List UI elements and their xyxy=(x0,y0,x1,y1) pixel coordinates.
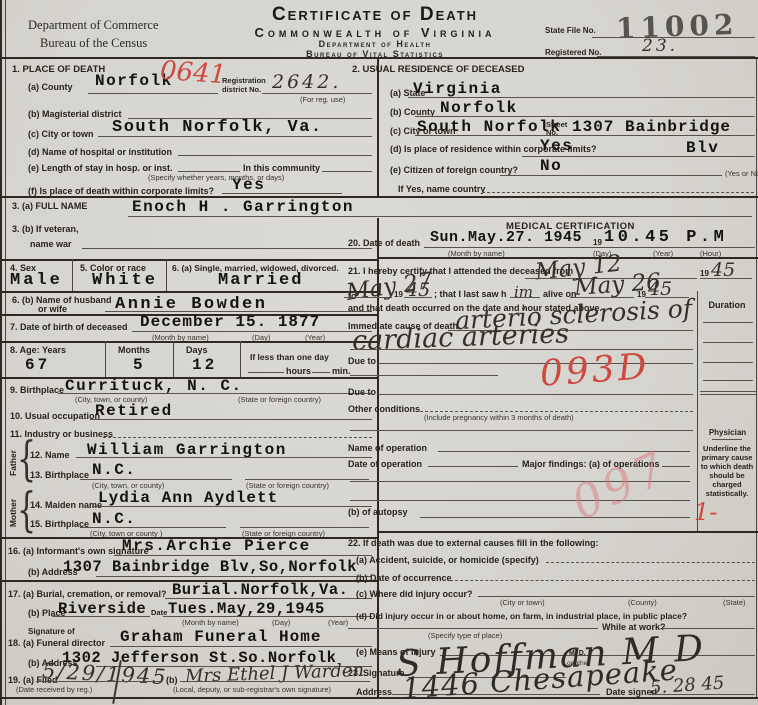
bureau-of-vital-statistics: Bureau of Vital Statistics xyxy=(180,49,570,59)
death-date-line xyxy=(424,247,755,248)
mother-name-value: Lydia Ann Aydlett xyxy=(98,489,278,507)
burial-date-line xyxy=(163,616,372,617)
sex-race-divider xyxy=(72,259,73,291)
external-c-label: (c) Where did injury occur? xyxy=(356,589,473,599)
burial-place-line xyxy=(52,616,150,617)
duration-line-3 xyxy=(703,362,753,363)
burial-note-month: (Month by name) xyxy=(182,618,239,627)
death-year-prefix: 19 xyxy=(593,238,602,247)
to-year-line xyxy=(404,297,432,298)
citizen-value: No xyxy=(540,157,562,175)
industry-line xyxy=(103,437,372,438)
registrar-note: (Local, deputy, or sub-registrar's own s… xyxy=(173,685,331,694)
duration-double-line-1 xyxy=(700,391,756,392)
country-line xyxy=(482,192,754,193)
birthplace-line xyxy=(58,393,372,394)
country-label: If Yes, name country xyxy=(398,184,485,194)
sex-row-bottom-rule xyxy=(0,291,377,293)
age-divider-1 xyxy=(105,341,106,377)
external-title: 22. If death was due to external causes … xyxy=(348,538,599,548)
residence-county-line xyxy=(415,116,755,117)
duration-line-4 xyxy=(703,380,753,381)
birthplace-note-2: (State or foreign country) xyxy=(238,395,321,404)
county-code-red: 0641 xyxy=(159,56,227,91)
residence-city-line xyxy=(415,135,755,136)
cause-hand-2: cardiac arteries xyxy=(352,318,570,357)
residence-corporate-value: Yes xyxy=(540,137,573,155)
stay-label: (e) Length of stay in hosp. or inst. xyxy=(28,163,173,173)
hospital-line xyxy=(178,155,372,156)
attest-addr-label: Address xyxy=(356,687,392,697)
veteran-line xyxy=(82,248,372,249)
agency-line-1: Department of Commerce xyxy=(28,18,159,33)
informant-addr-line xyxy=(96,576,372,577)
age-months-value: 5 xyxy=(133,356,144,374)
registered-no-label: Registered No. xyxy=(545,48,601,57)
primary-cause-mark: 1- xyxy=(694,498,717,526)
street-value-2: Blv xyxy=(686,139,719,157)
from-year-line xyxy=(700,278,752,279)
race-marital-divider xyxy=(166,259,167,291)
external-d-line xyxy=(348,628,598,629)
regdist-line xyxy=(262,93,372,94)
mother-bp-line-2 xyxy=(240,527,369,528)
mother-name-label: 14. Maiden name xyxy=(30,500,102,510)
filed-b-label: (b) xyxy=(166,675,178,685)
spouse-line xyxy=(105,311,372,312)
full-name-line xyxy=(128,216,752,217)
stay-line-1 xyxy=(178,171,240,172)
hospital-label: (d) Name of hospital or institution xyxy=(28,147,172,157)
father-bp-value: N.C. xyxy=(92,461,136,479)
other-conditions-line xyxy=(420,411,693,412)
external-d-label: (d) Did injury occur in or about home, o… xyxy=(356,611,687,621)
sex-value: Male xyxy=(10,271,63,290)
citizen-note: (Yes or No) xyxy=(725,169,758,178)
veteran-bottom-rule xyxy=(0,259,377,261)
registered-no-value: 23. xyxy=(642,36,678,56)
duration-double-line-2 xyxy=(700,394,756,395)
age-days-value: 12 xyxy=(192,356,217,374)
father-name-line xyxy=(76,457,372,458)
death-date-label: 20. Date of death xyxy=(348,238,420,248)
him-hand: im xyxy=(514,283,533,301)
duration-line-2 xyxy=(703,342,753,343)
place-of-death-title: 1. PLACE OF DEATH xyxy=(12,64,105,75)
citizen-label: (e) Citizen of foreign country? xyxy=(390,165,518,175)
occupation-label: 10. Usual occupation xyxy=(10,411,100,421)
left-border-outer xyxy=(0,0,2,705)
full-name-label: 3. (a) FULL NAME xyxy=(12,201,87,211)
him-line xyxy=(510,297,540,298)
certificate-title: Certificate of Death xyxy=(180,4,570,26)
funeral-label-2: 18. (a) Funeral director xyxy=(8,638,105,648)
last-saw-label: ; that I last saw h xyxy=(434,289,507,299)
icd-code-red: 093D xyxy=(539,346,651,395)
from-year-prefix: 19 xyxy=(700,269,709,278)
other-conditions-note: (Include pregnancy within 3 months of de… xyxy=(424,413,574,422)
age-min-line xyxy=(312,372,330,373)
informant-value: Mrs.Archie Pierce xyxy=(122,537,311,555)
age-label: 8. Age: xyxy=(10,345,40,355)
age-min-label: min. xyxy=(332,366,351,376)
operation-label: Name of operation xyxy=(348,443,427,453)
veteran-label-2: name war xyxy=(30,239,72,249)
mother-bp-value: N.C. xyxy=(92,510,136,528)
birthplace-label: 9. Birthplace xyxy=(10,385,64,395)
place-city-line xyxy=(98,136,372,137)
stay-line-2 xyxy=(322,171,372,172)
external-b-label: (b) Date of occurrence xyxy=(356,573,452,583)
burial-value: Burial.Norfolk,Va. xyxy=(172,581,348,599)
operation-date-line xyxy=(428,466,518,467)
occupation-value: Retired xyxy=(95,402,173,420)
other-blank-line xyxy=(350,430,693,431)
mother-brace: { xyxy=(17,484,36,538)
street-value: 1307 Bainbridge xyxy=(572,118,731,136)
due-blank-line xyxy=(350,375,498,376)
duration-line-1 xyxy=(703,322,753,323)
burial-note-day: (Day) xyxy=(272,618,290,627)
attended-to-line xyxy=(344,297,392,298)
autopsy-line xyxy=(420,517,690,518)
full-name-value: Enoch H . Garrington xyxy=(132,198,354,216)
residence-title: 2. USUAL RESIDENCE OF DECEASED xyxy=(352,64,524,75)
other-conditions-label: Other conditions xyxy=(348,404,420,414)
marital-value: Married xyxy=(218,271,303,290)
duration-label: Duration xyxy=(699,300,755,310)
magisterial-label: (b) Magisterial district xyxy=(28,109,122,119)
informant-line xyxy=(114,555,372,556)
external-a-line xyxy=(546,562,755,563)
regdist-label-1: Registration xyxy=(222,76,266,85)
operation-date-label: Date of operation xyxy=(348,459,422,469)
age-years-label: Years xyxy=(42,345,66,355)
veteran-label-1: 3. (b) If veteran, xyxy=(12,224,79,234)
citizen-line xyxy=(500,175,722,176)
registered-no-line xyxy=(597,56,755,57)
external-c-line xyxy=(478,596,755,597)
age-divider-3 xyxy=(240,341,241,377)
certificate-page: Department of Commerce Bureau of the Cen… xyxy=(0,0,758,705)
regdist-value: 2642. xyxy=(272,71,341,93)
place-corporate-value: Yes xyxy=(232,176,265,194)
father-name-label: 12. Name xyxy=(30,450,70,460)
regdist-label-2: district No. xyxy=(222,85,261,94)
place-city-label: (c) City or town xyxy=(28,129,94,139)
physician-label: Physician xyxy=(700,428,755,437)
place-corporate-label: (f) Is place of death within corporate l… xyxy=(28,186,214,196)
dob-bottom-rule xyxy=(0,341,377,343)
left-border-inner xyxy=(5,0,6,705)
occupation-line xyxy=(90,419,372,420)
dob-label: 7. Date of birth of deceased xyxy=(10,322,128,332)
physician-note: Underline the primary cause to which dea… xyxy=(698,444,756,498)
agency-line-2: Bureau of the Census xyxy=(40,36,147,51)
column-divider-top xyxy=(377,57,379,196)
filed-note: (Date received by reg.) xyxy=(16,685,92,694)
due-to-label-2: Due to xyxy=(348,387,376,397)
commonwealth-subtitle: Commonwealth of Virginia xyxy=(180,25,570,40)
external-a-label: (a) Accident, suicide, or homicide (spec… xyxy=(356,555,539,565)
burial-line xyxy=(165,598,372,599)
state-file-label: State File No. xyxy=(545,26,596,35)
father-bp-line-2 xyxy=(245,479,369,480)
place-county-label: (a) County xyxy=(28,82,73,92)
residence-city-value: South Norfolk xyxy=(417,118,561,136)
mother-bp-line-1 xyxy=(80,527,226,528)
physician-underline xyxy=(712,439,742,440)
registrar-line xyxy=(180,681,370,682)
death-date-value: Sun.May.27. 1945 xyxy=(430,229,582,246)
funeral-line xyxy=(110,646,372,647)
dob-line xyxy=(132,331,372,332)
regdist-note: (For reg. use) xyxy=(300,95,345,104)
funeral-label-1: Signature of xyxy=(28,627,75,636)
burial-label: 17. (a) Burial, cremation, or removal? xyxy=(8,589,167,599)
residence-county-value: Norfolk xyxy=(440,99,518,117)
residence-state-value: Virginia xyxy=(413,80,502,98)
right-border xyxy=(756,57,757,699)
due-to-label-1: Due to xyxy=(348,356,376,366)
age-hours-label: hours xyxy=(286,366,311,376)
community-label: In this community xyxy=(243,163,320,173)
date-signed-line xyxy=(648,694,755,695)
age-hours-line xyxy=(248,372,284,373)
place-county-line xyxy=(88,93,218,94)
filed-date-line xyxy=(36,681,162,682)
age-months-label: Months xyxy=(118,345,150,355)
age-less-label: If less than one day xyxy=(250,352,329,362)
death-hour-value: 10.45 P.M xyxy=(604,228,727,247)
place-city-value: South Norfolk, Va. xyxy=(112,118,323,137)
medical-bottom-rule xyxy=(379,531,758,533)
age-divider-2 xyxy=(173,341,174,377)
burial-note-year: (Year) xyxy=(328,618,348,627)
external-note-county: (County) xyxy=(628,598,657,607)
autopsy-label: (b) of autopsy xyxy=(348,507,408,517)
race-value: White xyxy=(92,271,158,290)
residence-state-line xyxy=(408,97,755,98)
dob-value: December 15. 1877 xyxy=(140,313,320,331)
external-b-line xyxy=(450,580,755,581)
age-days-label: Days xyxy=(186,345,208,355)
funeral-value: Graham Funeral Home xyxy=(120,628,321,646)
dept-of-health: Department of Health xyxy=(180,39,570,49)
spouse-label-2: or wife xyxy=(38,304,67,314)
external-note-city: (City or town) xyxy=(500,598,545,607)
due-to-line-2 xyxy=(378,394,693,395)
father-bp-line-1 xyxy=(80,479,232,480)
mother-name-line xyxy=(92,506,372,507)
informant-addr-value: 1307 Bainbridge Blv,So,Norfolk xyxy=(63,558,357,576)
to-year-prefix: 19 xyxy=(394,290,403,299)
external-note-state: (State) xyxy=(723,598,746,607)
section1-bottom-rule xyxy=(0,196,758,198)
place-corporate-line xyxy=(222,193,342,194)
age-years-value: 67 xyxy=(25,356,50,374)
